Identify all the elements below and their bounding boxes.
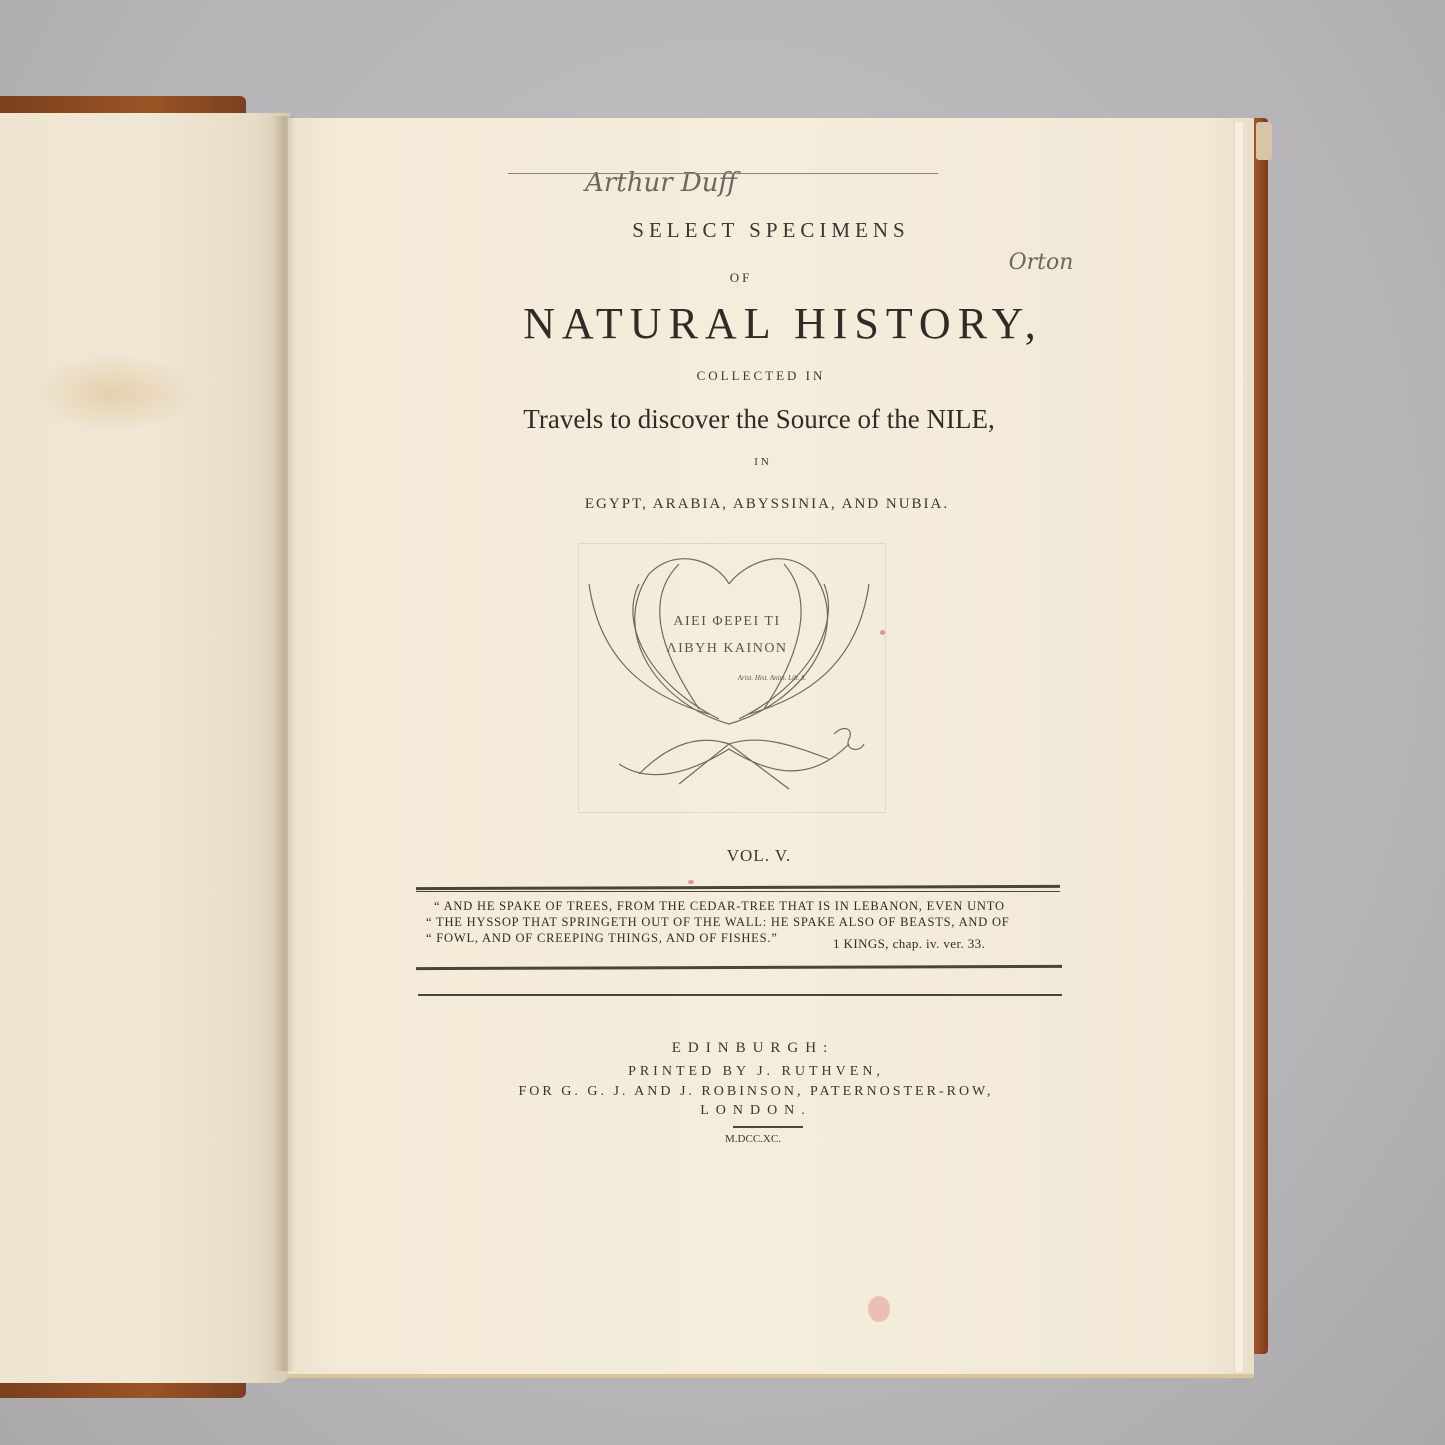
- title-page-content: Arthur Duff SELECT SPECIMENS OF Orton NA…: [288, 118, 1254, 1374]
- title-line-in: IN: [280, 456, 1246, 468]
- imprint-place: LONDON.: [273, 1103, 1239, 1119]
- imprint-city: EDINBURGH:: [270, 1040, 1236, 1057]
- foxing-spot: [880, 630, 885, 635]
- separator-rule: [418, 994, 1062, 996]
- volume-number: VOL. V.: [276, 846, 1242, 866]
- epigraph-top-rule: [416, 885, 1060, 890]
- greek-motto-line-1: ΑΙΕΙ ΦΕΡΕΙ ΤΙ: [574, 614, 880, 630]
- main-title: NATURAL HISTORY,: [300, 298, 1266, 349]
- title-line-countries: EGYPT, ARABIA, ABYSSINIA, AND NUBIA.: [284, 496, 1250, 513]
- worn-corner: [1256, 122, 1272, 160]
- epigraph-line-1: “ AND HE SPAKE OF TREES, FROM THE CEDAR-…: [434, 898, 1084, 914]
- title-line-travels: Travels to discover the Source of the NI…: [276, 404, 1242, 435]
- date-rule: [733, 1126, 803, 1128]
- epigraph-citation: 1 KINGS, chap. iv. ver. 33.: [833, 936, 1053, 952]
- motto-attribution: Arist. Hist. Anim. Lib. 8.: [619, 674, 925, 682]
- imprint-date: M.DCC.XC.: [270, 1133, 1236, 1145]
- epigraph-line-2: “ THE HYSSOP THAT SPRINGETH OUT OF THE W…: [426, 914, 1076, 930]
- left-flyleaf-page: [0, 113, 290, 1383]
- epigraph-bottom-rule: [416, 965, 1062, 970]
- engraved-vignette: ΑΙΕΙ ΦΕΡΕΙ ΤΙ ΛΙΒΥΗ ΚΑΙΝΟΝ Arist. Hist. …: [578, 543, 886, 813]
- imprint-publisher: FOR G. G. J. AND J. ROBINSON, PATERNOSTE…: [273, 1084, 1239, 1100]
- foxing-stain: [30, 353, 200, 433]
- signature-underline: [508, 173, 938, 174]
- imprint-printer: PRINTED BY J. RUTHVEN,: [273, 1064, 1239, 1080]
- place-note: Orton: [558, 250, 1445, 275]
- title-line-select-specimens: SELECT SPECIMENS: [288, 218, 1254, 243]
- title-line-collected-in: COLLECTED IN: [278, 368, 1244, 384]
- epigraph-top-rule-thin: [416, 891, 1060, 892]
- greek-motto-line-2: ΛΙΒΥΗ ΚΑΙΝΟΝ: [574, 641, 880, 657]
- foxing-spot: [868, 1296, 890, 1322]
- foxing-spot: [688, 880, 694, 884]
